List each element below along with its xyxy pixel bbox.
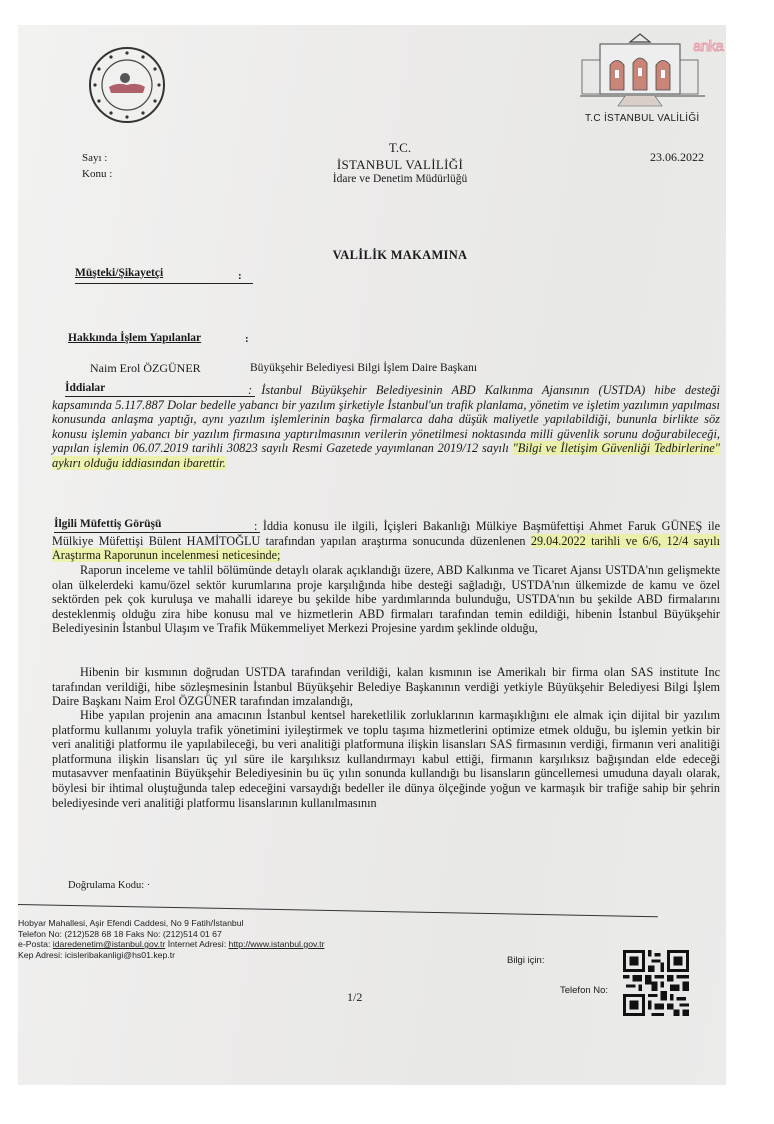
footer-email-link[interactable]: idaredenetim@istanbul.gov.tr [53, 939, 165, 949]
musteki-label: Müşteki/Şikayetçi [75, 267, 163, 279]
qr-code-icon [623, 950, 689, 1016]
footer-internet-label: İnternet Adresi: [168, 939, 226, 949]
footer-email-label: e-Posta: [18, 939, 50, 949]
musteki-colon: : [238, 270, 242, 282]
subject-person-name: Naim Erol ÖZGÜNER [90, 361, 201, 376]
footer-address: Hobyar Mahallesi, Aşir Efendi Caddesi, N… [18, 918, 324, 929]
header-department: İdare ve Denetim Müdürlüğü [250, 172, 550, 187]
subject-person-title: Büyükşehir Belediyesi Bilgi İşlem Daire … [250, 362, 477, 374]
gorus-intro: : İddia konusu ile ilgili, İçişleri Baka… [52, 519, 720, 563]
sayi-label: Sayı : [82, 152, 107, 164]
konu-label: Konu : [82, 168, 112, 180]
footer-kep-address: Kep Adresi: icisleribakanligi@hs01.kep.t… [18, 950, 324, 961]
gorus-paragraph-2: Hibenin bir kısmının doğrudan USTDA tara… [52, 665, 720, 709]
governorship-building-icon [580, 30, 710, 110]
telefon-no-label: Telefon No: [560, 985, 608, 996]
hakkinda-label: Hakkında İşlem Yapılanlar [68, 332, 201, 344]
footer-website-link[interactable]: http://www.istanbul.gov.tr [229, 939, 325, 949]
page-number: 1/2 [347, 990, 362, 1005]
verification-code-label: Doğrulama Kodu: · [68, 880, 150, 891]
iddialar-text: : İstanbul Büyükşehir Belediyesinin ABD … [52, 383, 720, 471]
gorus-paragraph-3: Hibe yapılan projenin ana amacının İstan… [52, 708, 720, 810]
musteki-underline [75, 283, 253, 284]
gorus-paragraph-1: Raporun inceleme ve tahlil bölümünde det… [52, 563, 720, 636]
header-tc: T.C. [250, 140, 550, 155]
right-logo-caption: T.C İSTANBUL VALİLİĞİ [585, 113, 699, 124]
header-istanbul-valiligi: İSTANBUL VALİLİĞİ [250, 157, 550, 172]
hakkinda-colon: : [245, 333, 249, 345]
footer-contact: Hobyar Mahallesi, Aşir Efendi Caddesi, N… [18, 918, 324, 960]
ministry-seal-icon [87, 45, 167, 125]
document-date: 23.06.2022 [650, 150, 704, 165]
document-title: VALİLİK MAKAMINA [250, 248, 550, 263]
footer-phone-fax: Telefon No: (212)528 68 18 Faks No: (212… [18, 929, 324, 940]
bilgi-icin-label: Bilgi için: [507, 955, 545, 966]
footer-email-row: e-Posta: idaredenetim@istanbul.gov.tr İn… [18, 939, 324, 950]
